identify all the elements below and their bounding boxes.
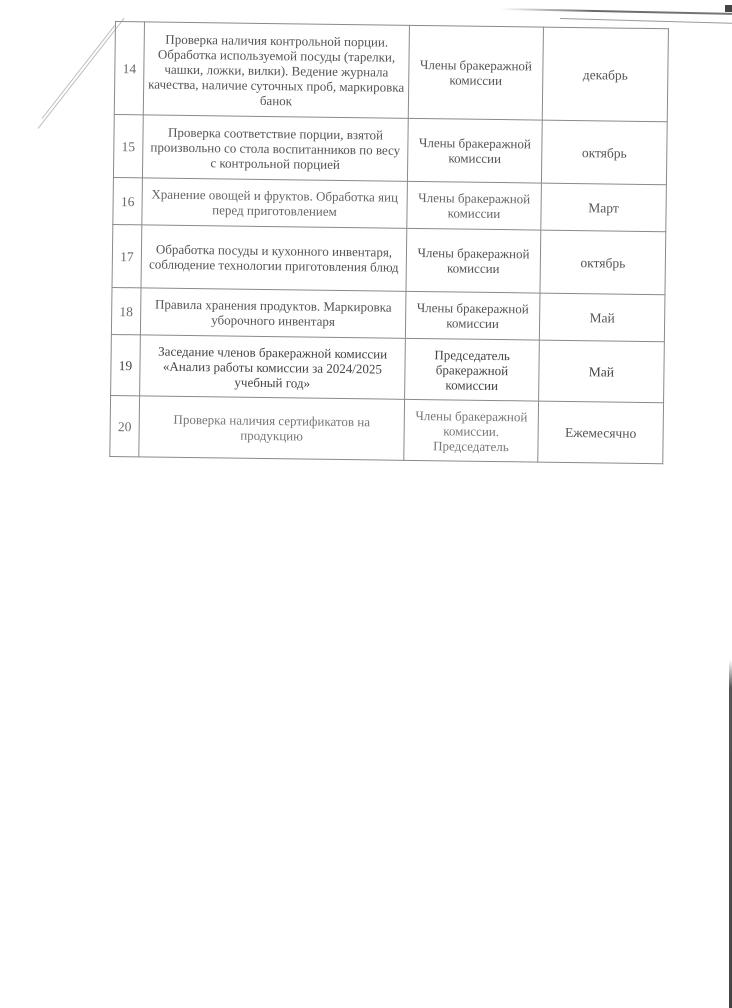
- activity-cell: Проверка наличия контрольной порции. Обр…: [143, 22, 409, 118]
- activity-cell: Проверка наличия сертификатов на продукц…: [139, 396, 405, 460]
- responsible-cell: Члены бракеражной комиссии: [406, 228, 541, 293]
- scan-artifact-diagonal: [38, 18, 125, 129]
- row-number: 19: [111, 334, 141, 395]
- period-cell: Май: [539, 293, 665, 342]
- period-cell: Ежемесячно: [538, 401, 664, 464]
- activity-cell: Хранение овощей и фруктов. Обработка яиц…: [142, 178, 408, 228]
- responsible-cell: Члены бракеражной комиссии: [405, 291, 540, 340]
- activity-cell: Заседание членов бракеражной комиссии «А…: [140, 335, 406, 399]
- responsible-cell: Члены бракеражной комиссии: [407, 118, 542, 183]
- scan-artifact-mark: [725, 5, 732, 12]
- row-number: 20: [110, 395, 140, 456]
- scan-artifact-line: [560, 18, 732, 24]
- period-cell: октябрь: [540, 230, 666, 295]
- row-number: 14: [114, 22, 144, 115]
- activity-cell: Обработка посуды и кухонного инвентаря, …: [141, 225, 407, 291]
- table-row: 14 Проверка наличия контрольной порции. …: [114, 22, 668, 122]
- row-number: 15: [113, 114, 143, 177]
- table-row: 17 Обработка посуды и кухонного инвентар…: [112, 224, 666, 294]
- activity-cell: Правила хранения продуктов. Маркировка у…: [140, 288, 406, 338]
- period-cell: Март: [541, 183, 667, 232]
- scan-artifact-line: [500, 8, 732, 15]
- activity-cell: Проверка соответствие порции, взятой про…: [142, 115, 408, 181]
- row-number: 18: [111, 287, 141, 334]
- responsible-cell: Члены бракеражной комиссии. Председатель: [404, 399, 539, 462]
- period-cell: декабрь: [542, 27, 668, 122]
- responsible-cell: Члены бракеражной комиссии: [408, 25, 543, 120]
- responsible-cell: Члены бракеражной комиссии: [407, 181, 542, 230]
- table-row: 18 Правила хранения продуктов. Маркировк…: [111, 287, 665, 341]
- row-number: 16: [113, 177, 143, 224]
- commission-schedule-table: 14 Проверка наличия контрольной порции. …: [109, 21, 669, 464]
- table-row: 16 Хранение овощей и фруктов. Обработка …: [113, 177, 667, 231]
- table-row: 19 Заседание членов бракеражной комиссии…: [111, 334, 665, 402]
- period-cell: октябрь: [541, 120, 667, 185]
- table-row: 15 Проверка соответствие порции, взятой …: [113, 114, 667, 184]
- scan-artifact-diagonal: [42, 25, 115, 119]
- period-cell: Май: [539, 340, 665, 403]
- row-number: 17: [112, 224, 142, 287]
- table-row: 20 Проверка наличия сертификатов на прод…: [110, 395, 664, 463]
- responsible-cell: Председатель бракеражной комиссии: [405, 338, 540, 401]
- schedule-table-container: 14 Проверка наличия контрольной порции. …: [109, 21, 668, 464]
